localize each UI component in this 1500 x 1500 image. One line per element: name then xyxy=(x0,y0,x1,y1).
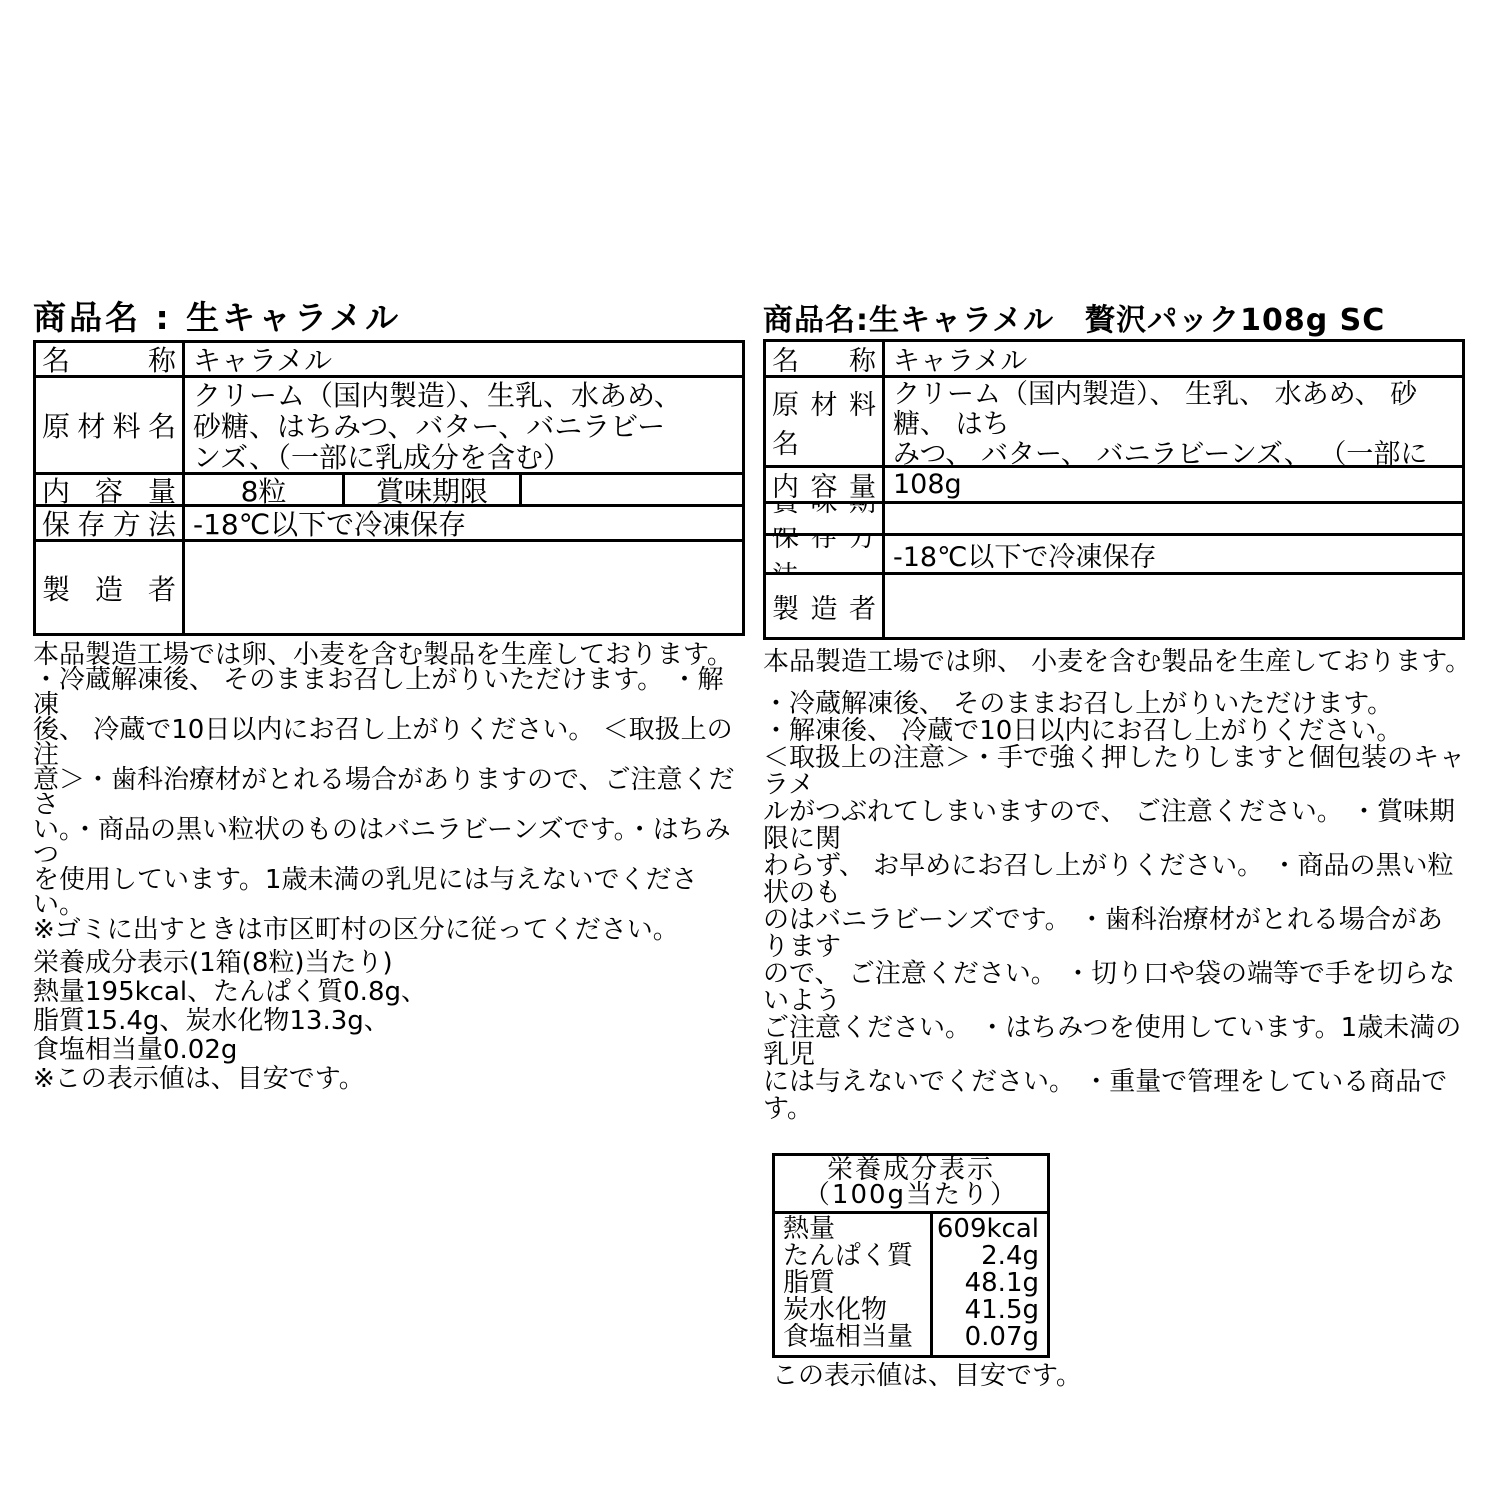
nutrition-facts-note: この表示値は、目安です。 xyxy=(772,1362,1050,1390)
table-row-name: 名称 キャラメル xyxy=(36,343,742,375)
expiry-value-cell xyxy=(885,504,1462,533)
right-allergy-note: 本品製造工場では卵、 小麦を含む製品を生産しております。 xyxy=(763,647,1465,677)
amount-label-cell: 内容量 xyxy=(766,468,885,501)
right-product-label: 商品名:生キャラメル 贅沢パック108g SC 名称 キャラメル 原材料名 クリ… xyxy=(763,305,1465,1390)
nutrition-facts-labels: 熱量 たんぱく質 脂質 炭水化物 食塩相当量 xyxy=(775,1214,933,1355)
left-nutrition-text: 栄養成分表示(1箱(8粒)当たり) 熱量195kcal、たんぱく質0.8g、 脂… xyxy=(33,949,745,1094)
left-handling-notes: 本品製造工場では卵、小麦を含む製品を生産しております。 ・冷蔵解凍後、 そのまま… xyxy=(33,643,745,943)
amount-label-cell: 内容量 xyxy=(36,475,185,504)
table-row-ingredients: 原材料名 クリーム（国内製造）、 生乳、 水あめ、 砂糖、 はち みつ、 バター… xyxy=(766,375,1462,465)
right-product-title: 商品名:生キャラメル 贅沢パック108g SC xyxy=(763,305,1465,337)
nutrition-facts-header: 栄養成分表示 （100g当たり） xyxy=(775,1156,1047,1214)
nutrition-facts-values: 609kcal 2.4g 48.1g 41.5g 0.07g xyxy=(933,1214,1047,1355)
name-label-cell: 名称 xyxy=(766,342,885,375)
ingredients-label-cell: 原材料名 xyxy=(36,378,185,472)
expiry-label-cell: 賞味期限 xyxy=(766,504,885,533)
nutrition-facts-body: 熱量 たんぱく質 脂質 炭水化物 食塩相当量 609kcal 2.4g 48.1… xyxy=(775,1214,1047,1355)
table-row-amount-expiry: 内容量 8粒 賞味期限 xyxy=(36,472,742,504)
table-row-manufacturer: 製造者 xyxy=(36,539,742,633)
table-row-storage: 保存方法 -18℃以下で冷凍保存 xyxy=(766,533,1462,572)
amount-value-cell: 108g xyxy=(885,468,1462,501)
left-product-label: 商品名 : 生キャラメル 名称 キャラメル 原材料名 クリーム（国内製造）、生乳… xyxy=(33,300,745,1094)
ingredients-label-cell: 原材料名 xyxy=(766,378,885,465)
ingredients-value-cell: クリーム（国内製造）、生乳、水あめ、 砂糖、はちみつ、バター、バニラビー ンズ、… xyxy=(185,378,742,472)
right-handling-notes: ・冷蔵解凍後、 そのままお召し上がりいただけます。 ・解凍後、 冷蔵で10日以内… xyxy=(763,691,1465,1123)
ingredients-value-cell: クリーム（国内製造）、 生乳、 水あめ、 砂糖、 はち みつ、 バター、 バニラ… xyxy=(885,378,1462,465)
name-value-cell: キャラメル xyxy=(185,343,742,375)
storage-value-cell: -18℃以下で冷凍保存 xyxy=(185,507,742,539)
right-spec-table: 名称 キャラメル 原材料名 クリーム（国内製造）、 生乳、 水あめ、 砂糖、 は… xyxy=(763,339,1465,640)
table-row-ingredients: 原材料名 クリーム（国内製造）、生乳、水あめ、 砂糖、はちみつ、バター、バニラビ… xyxy=(36,375,742,472)
expiry-label-cell: 賞味期限 xyxy=(345,475,522,504)
left-product-title: 商品名 : 生キャラメル xyxy=(33,300,745,336)
table-row-storage: 保存方法 -18℃以下で冷凍保存 xyxy=(36,504,742,539)
manufacturer-label-cell: 製造者 xyxy=(36,542,185,633)
nutrition-facts-table: 栄養成分表示 （100g当たり） 熱量 たんぱく質 脂質 炭水化物 食塩相当量 … xyxy=(772,1153,1050,1358)
table-row-manufacturer: 製造者 xyxy=(766,572,1462,637)
manufacturer-value-cell xyxy=(885,575,1462,637)
name-value-cell: キャラメル xyxy=(885,342,1462,375)
nutrition-facts-subtitle: （100g当たり） xyxy=(775,1183,1047,1208)
amount-value-cell: 8粒 xyxy=(185,475,345,504)
storage-value-cell: -18℃以下で冷凍保存 xyxy=(885,536,1462,572)
expiry-value-cell xyxy=(522,475,742,504)
name-label-cell: 名称 xyxy=(36,343,185,375)
table-row-name: 名称 キャラメル xyxy=(766,342,1462,375)
table-row-amount: 内容量 108g xyxy=(766,465,1462,501)
storage-label-cell: 保存方法 xyxy=(36,507,185,539)
manufacturer-label-cell: 製造者 xyxy=(766,575,885,637)
table-row-expiry: 賞味期限 xyxy=(766,501,1462,533)
left-spec-table: 名称 キャラメル 原材料名 クリーム（国内製造）、生乳、水あめ、 砂糖、はちみつ… xyxy=(33,340,745,636)
storage-label-cell: 保存方法 xyxy=(766,536,885,572)
